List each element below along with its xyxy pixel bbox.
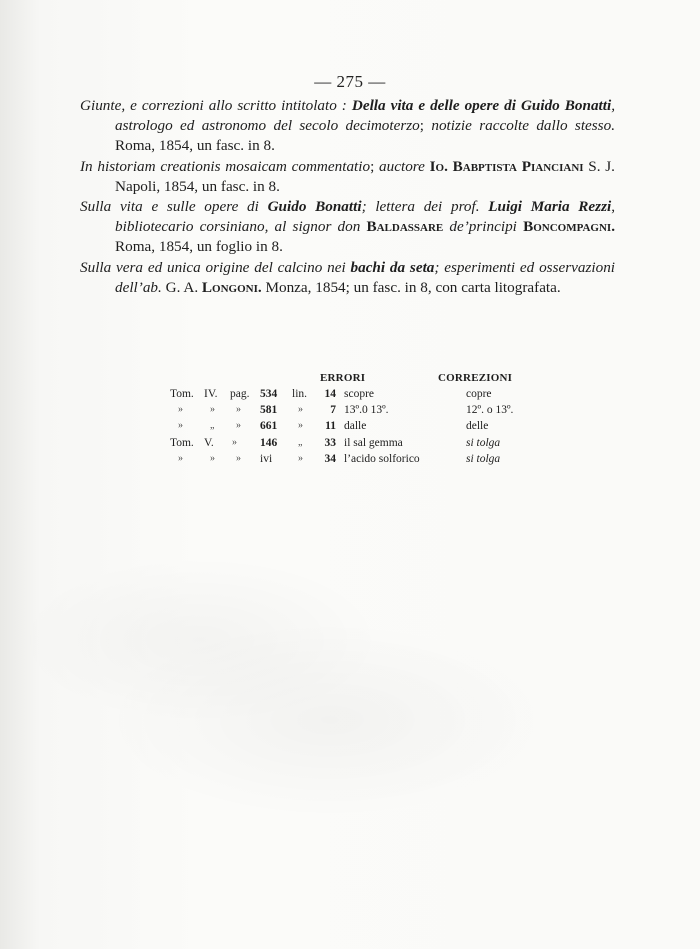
errata-line: 7 [318, 402, 336, 418]
errata-volume: „ [204, 418, 230, 434]
entry-title: Giunte, e correzioni allo scritto intito… [80, 97, 352, 114]
errata-page-label: pag. [230, 386, 260, 402]
errata-page: ivi [260, 451, 292, 467]
errata-header-row: ERRORI CORREZIONI [170, 370, 576, 386]
errata-tome-label: » [170, 402, 204, 418]
errata-line-label: lin. [292, 386, 318, 402]
errata-correction: si tolga [466, 451, 576, 467]
errata-page: 146 [260, 435, 292, 451]
entry-subtitle: ; lettera dei prof. [362, 198, 489, 215]
errata-line-label: » [292, 418, 318, 434]
errata-error: dalle [336, 418, 466, 434]
errata-page: 581 [260, 402, 292, 418]
errata-row: » » » ivi » 34 l’acido solforico si tolg… [170, 451, 576, 467]
errata-line: 33 [318, 435, 336, 451]
errata-table: ERRORI CORREZIONI Tom. IV. pag. 534 lin.… [170, 370, 576, 467]
errata-row: Tom. V. » 146 „ 33 il sal gemma si tolga [170, 435, 576, 451]
entry-title-emphasis: Guido Bonatti [268, 198, 362, 215]
entry-author-label: auctore [379, 158, 430, 175]
errata-page-label: » [230, 418, 260, 434]
entry-imprint: Monza, 1854; un fasc. in 8, con carta li… [262, 279, 561, 296]
page-number: — 275 — [0, 72, 700, 92]
errata-tome-label: » [170, 451, 204, 467]
entry-title: Sulla vita e sulle opere di [80, 198, 268, 215]
entry-punct: ; [370, 158, 379, 175]
entry-author: Io. Babptista Piancia­ni [430, 158, 584, 175]
bibliography-entry: Sulla vera ed unica origine del calcino … [80, 258, 615, 298]
bibliography-entry: In historiam creationis mosaicam comment… [80, 157, 615, 197]
errata-tome-label: Tom. [170, 435, 204, 451]
entry-imprint: Roma, 1854, un fasc. in 8. [115, 137, 275, 154]
errata-page-label: » [230, 451, 260, 467]
errata-correction: 12º. o 13º. [466, 402, 576, 418]
entry-punct: ; [420, 117, 432, 134]
bibliography-list: Giunte, e correzioni allo scritto intito… [80, 96, 615, 298]
entry-title-emphasis: Della vita e delle opere di Guido Bonatt… [352, 97, 611, 114]
errata-page: 534 [260, 386, 292, 402]
bibliography-entry: Giunte, e correzioni allo scritto intito… [80, 96, 615, 157]
errata-line: 11 [318, 418, 336, 434]
errata-header-corrections: CORREZIONI [438, 370, 548, 386]
errata-page: 661 [260, 418, 292, 434]
errata-volume: V. [204, 435, 230, 451]
errata-error: il sal gemma [336, 435, 466, 451]
entry-recipient: Baldassare [366, 218, 443, 235]
entry-title: Sulla vera ed unica origine del calcino … [80, 259, 351, 276]
errata-page-label: » [230, 402, 260, 418]
entry-role: bibliotecario corsiniano, al signor don [115, 218, 366, 235]
errata-tome-label: » [170, 418, 204, 434]
errata-correction: si tolga [466, 435, 576, 451]
errata-line-label: „ [292, 435, 318, 451]
entry-recipient-family: Boncompagni. [523, 218, 615, 235]
errata-correction: delle [466, 418, 576, 434]
scanned-book-page: — 275 — Giunte, e correzioni allo scritt… [0, 0, 700, 949]
errata-correction: copre [466, 386, 576, 402]
errata-page-label: » [230, 435, 260, 451]
entry-imprint: Roma, 1854, un foglio in 8. [115, 238, 283, 255]
errata-line-label: » [292, 451, 318, 467]
errata-volume: IV. [204, 386, 230, 402]
errata-header-errors: ERRORI [320, 370, 438, 386]
errata-row: » » » 581 » 7 13º.0 13º. 12º. o 13º. [170, 402, 576, 418]
entry-title: In historiam creationis mosaicam comment… [80, 158, 370, 175]
errata-volume: » [204, 402, 230, 418]
entry-note: notizie raccolte dallo stesso. [431, 117, 615, 134]
errata-error: scopre [336, 386, 466, 402]
errata-error: 13º.0 13º. [336, 402, 466, 418]
errata-row: Tom. IV. pag. 534 lin. 14 scopre copre [170, 386, 576, 402]
errata-line-label: » [292, 402, 318, 418]
bibliography-entry: Sulla vita e sulle opere di Guido Bonatt… [80, 197, 615, 258]
errata-line: 34 [318, 451, 336, 467]
errata-line: 14 [318, 386, 336, 402]
entry-author-initials: G. A. [162, 279, 202, 296]
entry-author: Luigi Maria Rezzi [488, 198, 611, 215]
entry-title-emphasis: bachi da seta [351, 259, 435, 276]
entry-recipient-title: de’principi [443, 218, 523, 235]
errata-tome-label: Tom. [170, 386, 204, 402]
errata-row: » „ » 661 » 11 dalle delle [170, 418, 576, 434]
errata-error: l’acido solforico [336, 451, 466, 467]
errata-volume: » [204, 451, 230, 467]
entry-punct: , [611, 198, 615, 215]
entry-author: Longoni. [202, 279, 262, 296]
